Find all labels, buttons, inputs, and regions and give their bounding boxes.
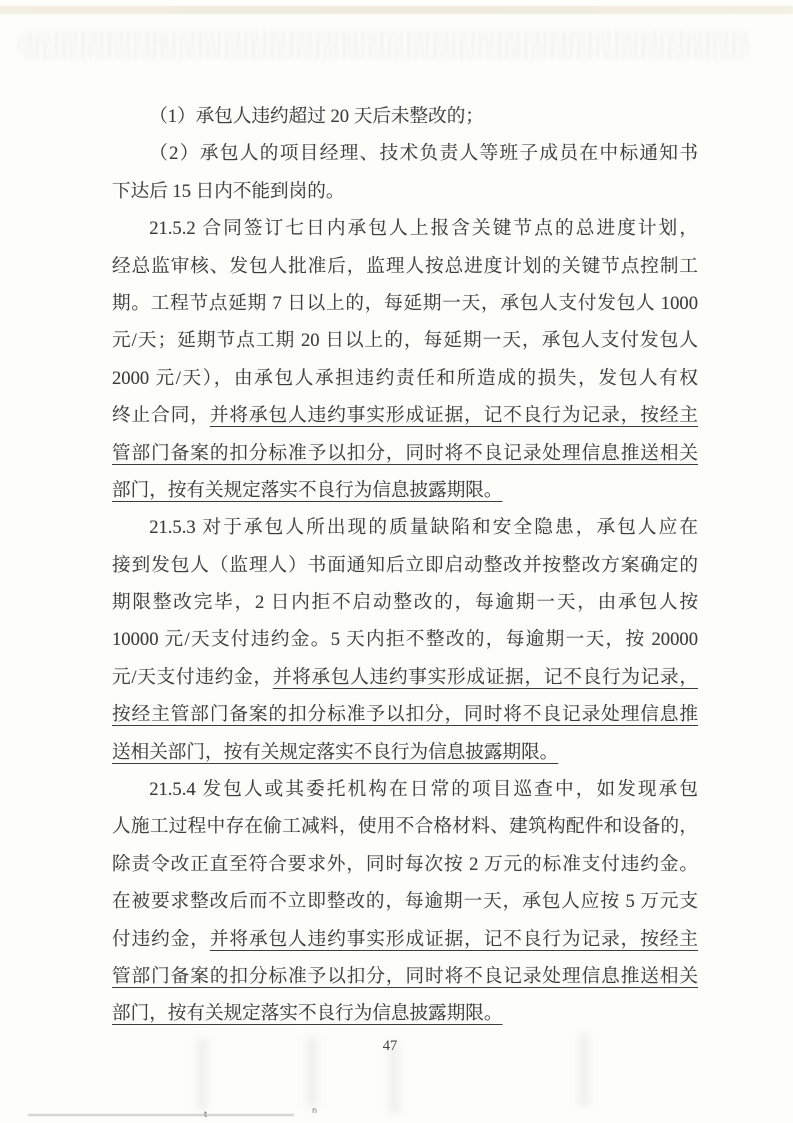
text-line: 21.5.3 对于承包人所出现的质量缺陷和安全隐患，承包人应在 bbox=[112, 509, 698, 546]
text-line: 付违约金，并将承包人违约事实形成证据，记不良行为记录，按经主 bbox=[112, 921, 698, 958]
text-run: 除责令改正直至符合要求外，同时每次按 2 万元的标准支付违约金。 bbox=[112, 854, 698, 875]
text-line: 下达后 15 日内不能到岗的。 bbox=[112, 173, 698, 210]
text-line: 21.5.4 发包人或其委托机构在日常的项目巡查中，如发现承包 bbox=[112, 771, 698, 808]
text-line: 在被要求整改后而不立即整改的，每逾期一天，承包人应按 5 万元支 bbox=[112, 883, 698, 920]
text-line: 人施工过程中存在偷工减料，使用不合格材料、建筑构配件和设备的， bbox=[112, 808, 698, 845]
text-run: （2）承包人的项目经理、技术负责人等班子成员在中标通知书 bbox=[149, 143, 698, 164]
text-run: 接到发包人（监理人）书面通知后立即启动整改并按整改方案确定的 bbox=[112, 555, 698, 576]
text-line: 2000 元/天），由承包人承担违约责任和所造成的损失，发包人有权 bbox=[112, 360, 698, 397]
text-line: 部门，按有关规定落实不良行为信息披露期限。 bbox=[112, 995, 698, 1032]
text-line: 21.5.2 合同签订七日内承包人上报含关键节点的总进度计划， bbox=[112, 210, 698, 247]
text-run: 10000 元/天支付违约金。5 天内拒不整改的，每逾期一天，按 20000 bbox=[112, 629, 698, 650]
text-line: 接到发包人（监理人）书面通知后立即启动整改并按整改方案确定的 bbox=[112, 547, 698, 584]
underlined-text-run: 部门，按有关规定落实不良行为信息披露期限。 bbox=[112, 1003, 502, 1024]
text-line: 元/天支付违约金，并将承包人违约事实形成证据，记不良行为记录， bbox=[112, 659, 698, 696]
text-line: （1）承包人违约超过 20 天后未整改的； bbox=[112, 98, 698, 135]
text-line: 除责令改正直至符合要求外，同时每次按 2 万元的标准支付违约金。 bbox=[112, 846, 698, 883]
text-line: 送相关部门，按有关规定落实不良行为信息披露期限。 bbox=[112, 734, 698, 771]
text-run: 期限整改完毕，2 日内拒不启动整改的，每逾期一天，由承包人按 bbox=[112, 592, 698, 613]
text-line: 经总监审核、发包人批准后，监理人按总进度计划的关键节点控制工 bbox=[112, 248, 698, 285]
scanned-document-page: （1）承包人违约超过 20 天后未整改的；（2）承包人的项目经理、技术负责人等班… bbox=[0, 0, 793, 1123]
underlined-text-run: 并将承包人违约事实形成证据，记不良行为记录， bbox=[273, 667, 698, 688]
scan-speck: t bbox=[204, 1110, 207, 1119]
underlined-text-run: 按经主管部门备案的扣分标准予以扣分，同时将不良记录处理信息推 bbox=[112, 704, 698, 725]
text-line: 10000 元/天支付违约金。5 天内拒不整改的，每逾期一天，按 20000 bbox=[112, 621, 698, 658]
text-run: 21.5.2 合同签订七日内承包人上报含关键节点的总进度计划， bbox=[149, 218, 698, 239]
underlined-text-run: 部门，按有关规定落实不良行为信息披露期限。 bbox=[112, 480, 502, 501]
text-run: 元/天；延期节点工期 20 日以上的，每延期一天，承包人支付发包人 bbox=[112, 330, 698, 351]
underlined-text-run: 管部门备案的扣分标准予以扣分，同时将不良记录处理信息推送相关 bbox=[112, 966, 698, 987]
text-run: 经总监审核、发包人批准后，监理人按总进度计划的关键节点控制工 bbox=[112, 256, 698, 277]
underlined-text-run: 并将承包人违约事实形成证据，记不良行为记录，按经主 bbox=[210, 405, 698, 426]
scan-artifact-line bbox=[28, 1114, 294, 1116]
text-run: 21.5.4 发包人或其委托机构在日常的项目巡查中，如发现承包 bbox=[149, 779, 698, 800]
document-body: （1）承包人违约超过 20 天后未整改的；（2）承包人的项目经理、技术负责人等班… bbox=[112, 98, 698, 1033]
underlined-text-run: 送相关部门，按有关规定落实不良行为信息披露期限。 bbox=[112, 742, 558, 763]
text-line: 管部门备案的扣分标准予以扣分，同时将不良记录处理信息推送相关 bbox=[112, 958, 698, 995]
bleedthrough-noise bbox=[18, 31, 752, 59]
scan-smudge-streak bbox=[388, 1042, 400, 1114]
scan-smudge-streak bbox=[578, 1034, 590, 1106]
text-line: 按经主管部门备案的扣分标准予以扣分，同时将不良记录处理信息推 bbox=[112, 696, 698, 733]
scan-smudge-streak bbox=[306, 1036, 318, 1108]
scan-smudge-streak bbox=[196, 1038, 208, 1110]
text-line: （2）承包人的项目经理、技术负责人等班子成员在中标通知书 bbox=[112, 135, 698, 172]
text-line: 期。工程节点延期 7 日以上的，每延期一天，承包人支付发包人 1000 bbox=[112, 285, 698, 322]
text-run: 期。工程节点延期 7 日以上的，每延期一天，承包人支付发包人 1000 bbox=[112, 293, 698, 314]
underlined-text-run: 管部门备案的扣分标准予以扣分，同时将不良记录处理信息推送相关 bbox=[112, 443, 698, 464]
text-run: 终止合同， bbox=[112, 405, 210, 426]
text-run: 在被要求整改后而不立即整改的，每逾期一天，承包人应按 5 万元支 bbox=[112, 891, 698, 912]
underlined-text-run: 并将承包人违约事实形成证据，记不良行为记录，按经主 bbox=[210, 929, 698, 950]
text-run: 人施工过程中存在偷工减料，使用不合格材料、建筑构配件和设备的， bbox=[112, 816, 698, 837]
text-run: 21.5.3 对于承包人所出现的质量缺陷和安全隐患，承包人应在 bbox=[149, 517, 698, 538]
text-run: （1）承包人违约超过 20 天后未整改的； bbox=[149, 106, 484, 127]
text-line: 管部门备案的扣分标准予以扣分，同时将不良记录处理信息推送相关 bbox=[112, 435, 698, 472]
text-run: 元/天支付违约金， bbox=[112, 667, 273, 688]
text-line: 期限整改完毕，2 日内拒不启动整改的，每逾期一天，由承包人按 bbox=[112, 584, 698, 621]
text-run: 下达后 15 日内不能到岗的。 bbox=[112, 181, 344, 202]
text-line: 终止合同，并将承包人违约事实形成证据，记不良行为记录，按经主 bbox=[112, 397, 698, 434]
text-run: 付违约金， bbox=[112, 929, 210, 950]
scan-edge-artifact bbox=[0, 6, 793, 14]
text-run: 2000 元/天），由承包人承担违约责任和所造成的损失，发包人有权 bbox=[112, 368, 698, 389]
text-line: 元/天；延期节点工期 20 日以上的，每延期一天，承包人支付发包人 bbox=[112, 322, 698, 359]
text-line: 部门，按有关规定落实不良行为信息披露期限。 bbox=[112, 472, 698, 509]
